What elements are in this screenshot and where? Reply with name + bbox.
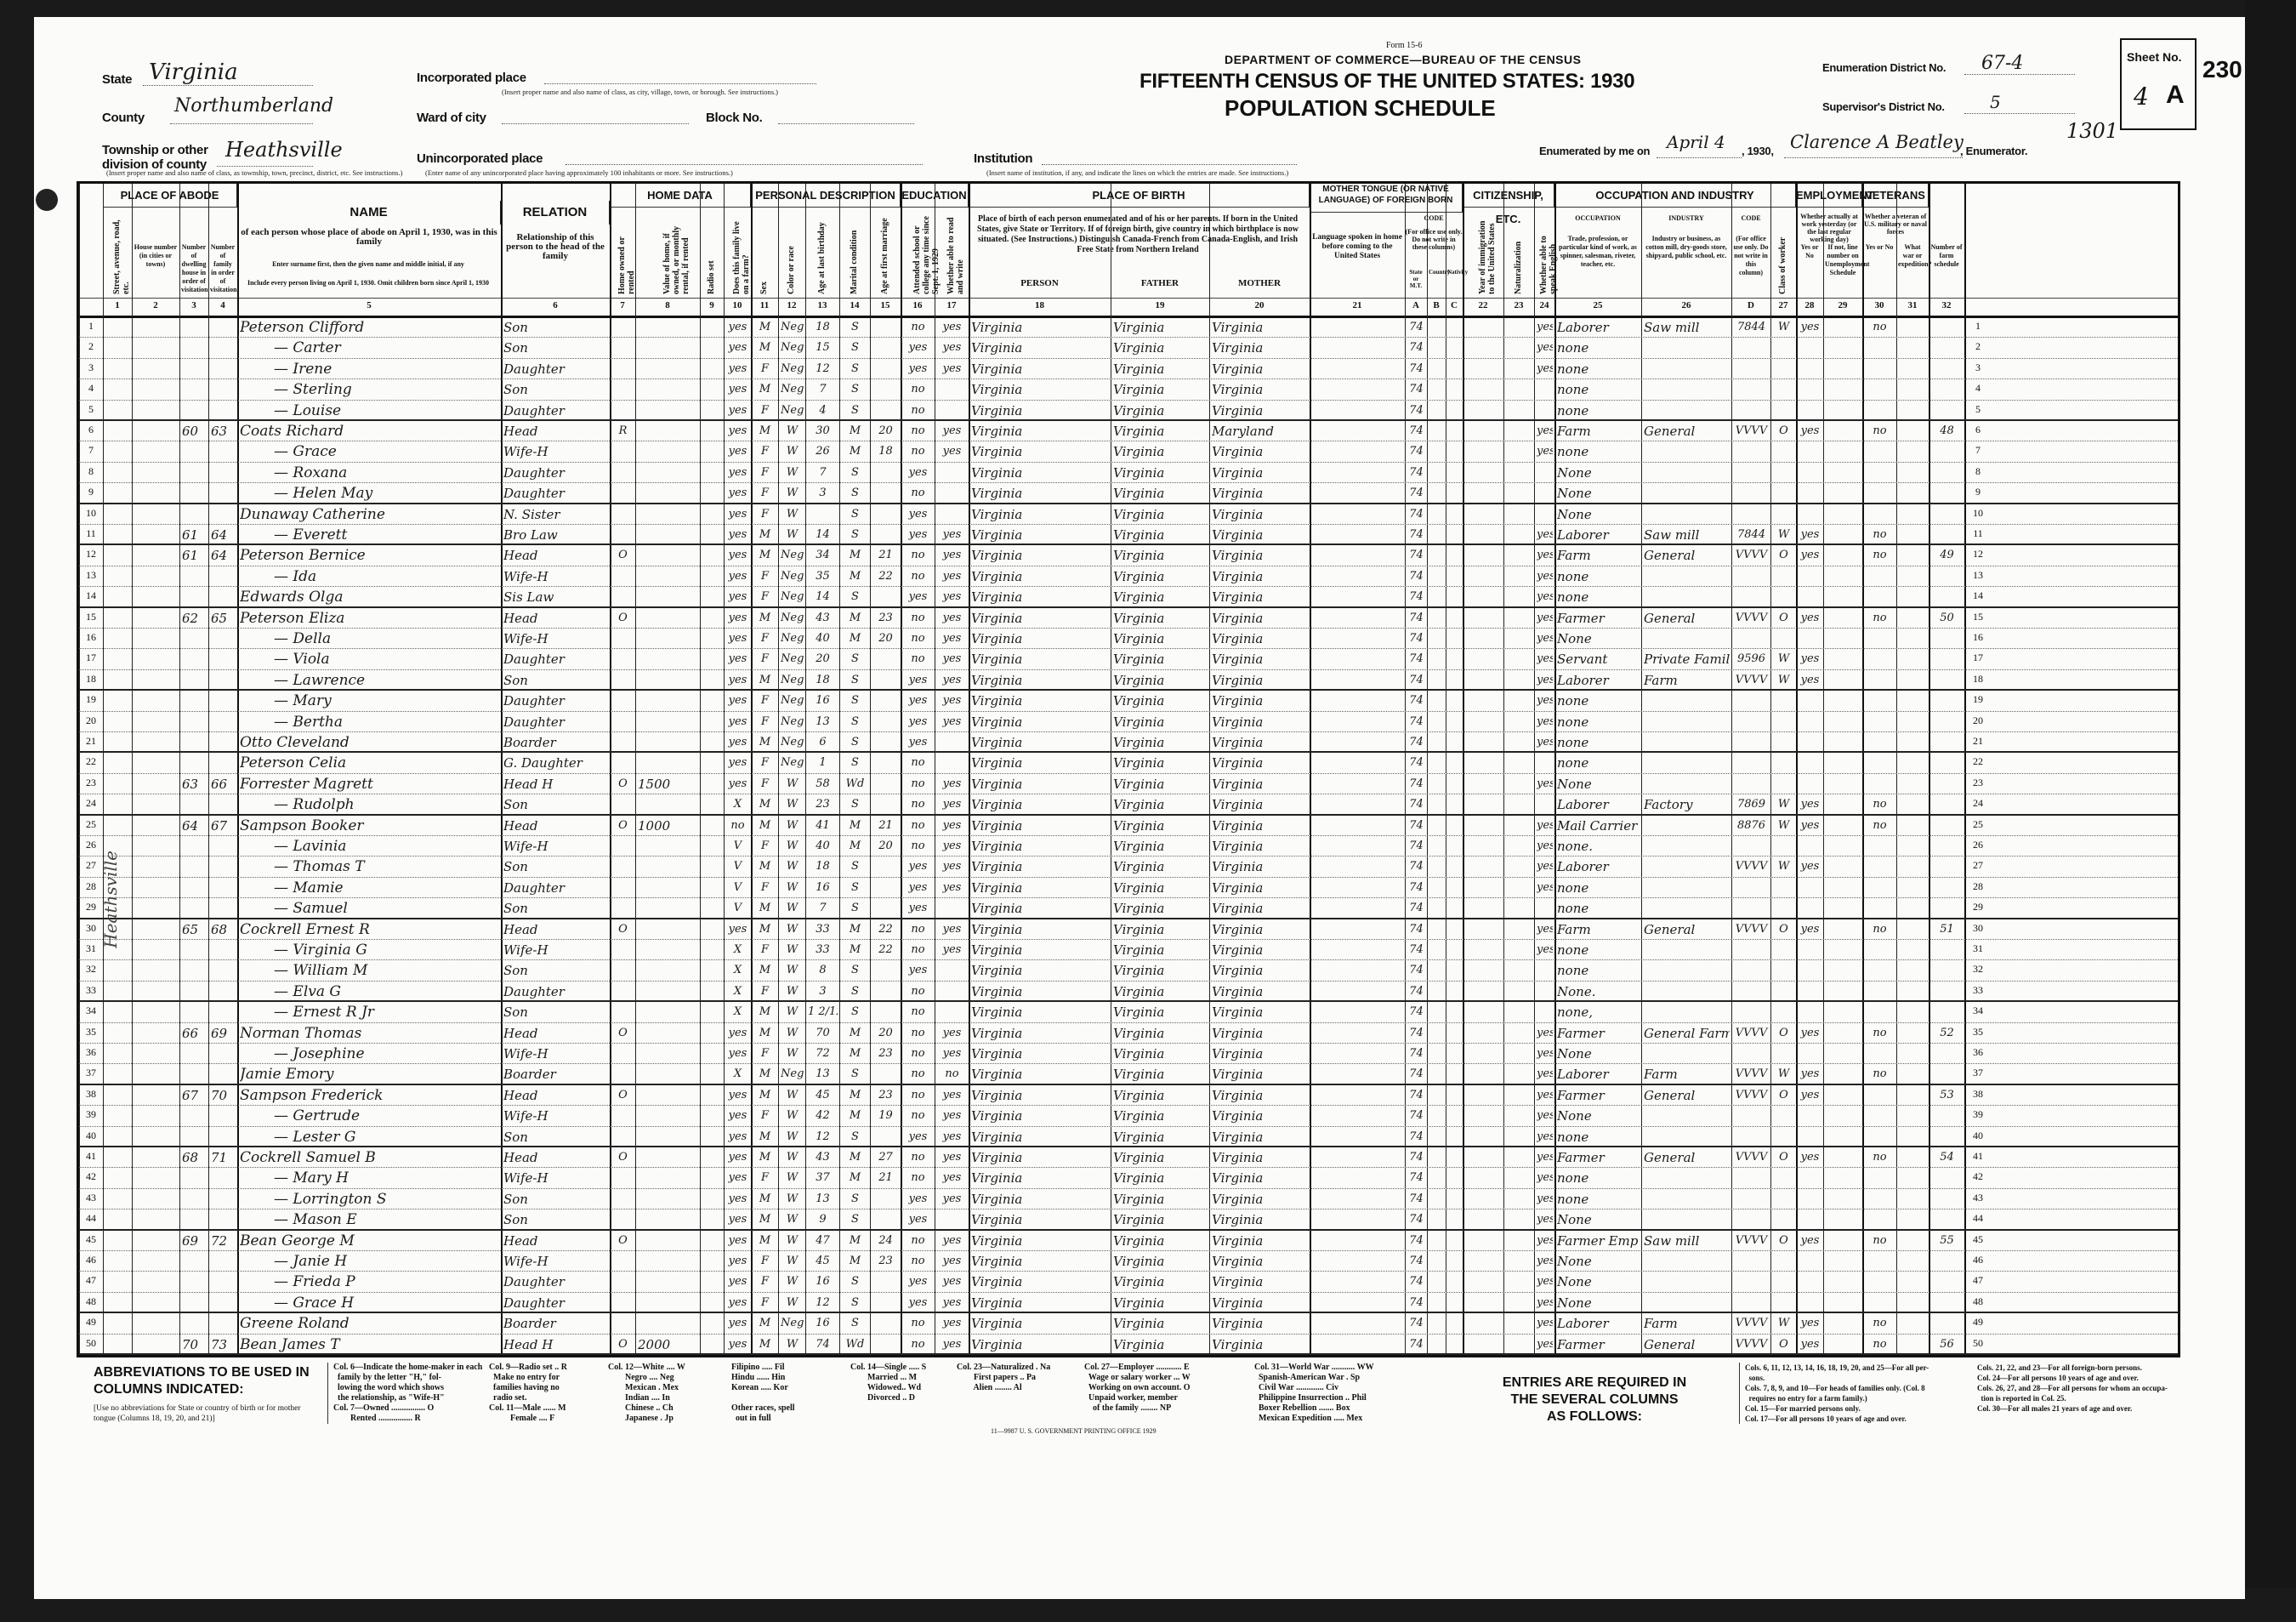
cell-relation: Son [503,318,608,337]
cell-b-person: Virginia [971,961,1109,980]
column-number: 27 [1770,300,1796,310]
form-number: Form 15-6 [1386,41,1423,50]
cell-occupation: none [1557,442,1640,461]
cell-occupation: None [1557,505,1640,524]
line-number: 38 [79,1088,103,1101]
cell-b-father: Virginia [1113,339,1208,357]
cell-owned: O [612,920,634,939]
cell-b-father: Virginia [1113,941,1208,959]
cell-age-marr: 20 [872,422,899,441]
census-title: FIFTEENTH CENSUS OF THE UNITED STATES: 1… [1139,70,1634,94]
cell-sex: M [753,961,776,980]
cell-b-father: Virginia [1113,817,1208,835]
cell-relation: Son [503,339,608,357]
line-number: 44 [79,1212,103,1225]
cell-read: yes [937,920,967,939]
cell-industry: Private Family [1644,650,1730,669]
cell-sex: M [753,1148,776,1167]
enumerated-label: Enumerated by me on [1539,145,1650,157]
table-row: 41416871Cockrell Samuel BHeadOyesMW43M27… [79,1147,2178,1168]
cell-b-father: Virginia [1113,795,1208,814]
cell-marital: M [842,629,868,648]
cell-b-mother: Virginia [1212,1003,1308,1022]
cell-name: — Grace H [240,1294,533,1312]
scan-border-left [0,0,34,1622]
cell-english: yes [1537,1107,1553,1125]
cell-english: yes [1537,1044,1553,1063]
cell-b-person: Virginia [971,1294,1109,1312]
cell-sex: F [753,754,776,772]
cell-code-a: 74 [1407,484,1425,503]
cell-name: Dunaway Catherine [240,505,499,524]
cell-b-father: Virginia [1113,775,1208,794]
cell-occupation: none [1557,941,1640,959]
cell-sex: F [753,588,776,606]
cell-code-a: 74 [1407,1294,1425,1312]
cell-read: yes [937,1190,967,1209]
cell-farm: yes [726,754,749,772]
cell-age: 3 [808,484,838,503]
cell-age-marr: 19 [872,1107,899,1125]
supervisor-district-value: 5 [1990,92,2001,112]
cell-b-person: Virginia [971,1003,1109,1022]
cell-read: yes [937,360,967,378]
cell-race: Neg [781,671,804,690]
cell-b-father: Virginia [1113,671,1208,690]
cell-work: yes [1799,526,1821,544]
cell-read: yes [937,671,967,690]
cell-farm: yes [726,733,749,752]
cell-name: — Thomas T [240,857,533,876]
cell-age-marr: 18 [872,442,899,461]
cell-marital: M [842,609,868,628]
state-line [143,85,313,86]
cell-code-d: VVVV [1734,1065,1769,1084]
line-number: 21 [79,735,103,748]
table-row: 1717— ViolaDaughteryesFNeg20SnoyesVirgin… [79,649,2178,669]
cell-code-d: VVVV [1734,857,1769,876]
cell-owned: R [612,422,634,441]
cell-marital: S [842,857,868,876]
cell-b-mother: Virginia [1212,1065,1308,1084]
cell-age: 40 [808,837,838,856]
printing-office-line: 11—9987 U. S. GOVERNMENT PRINTING OFFICE… [991,1427,1157,1435]
cell-industry: General [1644,546,1730,565]
cell-occupation: None [1557,775,1640,794]
line-number: 31 [79,942,103,955]
cell-b-father: Virginia [1113,1210,1208,1229]
cell-english: yes [1537,442,1553,461]
cell-school: yes [903,733,933,752]
cell-relation: Son [503,899,608,918]
cell-b-father: Virginia [1113,567,1208,586]
cell-farm: yes [726,1024,749,1043]
line-number-right: 22 [1964,755,1992,768]
cell-race: Neg [781,754,804,772]
cell-english: yes [1537,588,1553,606]
cell-b-mother: Virginia [1212,1148,1308,1167]
cell-b-person: Virginia [971,339,1109,357]
cell-code-a: 74 [1407,982,1425,1001]
line-number-right: 29 [1964,901,1992,913]
header-note-c5-note2: Include every person living on April 1, … [241,279,496,287]
abbrev-col12-other: Filipino ..... Fil Hindu ...... Hin Kore… [731,1363,795,1424]
table-row: 4747— Frieda PDaughteryesFW16SyesyesVirg… [79,1272,2178,1292]
cell-name: — Mason E [240,1210,533,1229]
column-header-c12: Color or race [787,216,796,294]
cell-name: — Sterling [240,380,533,399]
township-line [217,166,313,167]
cell-occupation: none [1557,380,1640,399]
cell-b-father: Virginia [1113,1294,1208,1312]
table-row: 25256467Sampson BookerHeadO1000noMW41M21… [79,816,2178,836]
cell-b-mother: Virginia [1212,401,1308,420]
cell-relation: Wife-H [503,1044,608,1063]
cell-code-a: 74 [1407,360,1425,378]
cell-race: Neg [781,1065,804,1084]
cell-class: W [1773,671,1794,690]
cell-sex: F [753,464,776,482]
cell-english: yes [1537,1294,1553,1312]
table-row: 3939— GertrudeWife-HyesFW42M19noyesVirgi… [79,1106,2178,1126]
cell-relation: Daughter [503,650,608,669]
line-number-right: 25 [1964,818,1992,831]
column-header-c9: Radio set [707,216,716,294]
cell-race: W [781,1107,804,1125]
table-row: 666063Coats RichardHeadRyesMW30M20noyesV… [79,421,2178,441]
line-number-right: 11 [1964,527,1992,540]
cell-sex: M [753,339,776,357]
cell-code-a: 74 [1407,1314,1425,1333]
table-row: 11116164— EverettBro LawyesMW14SyesyesVi… [79,525,2178,545]
cell-read: yes [937,567,967,586]
cell-marital: S [842,1294,868,1312]
cell-school: no [903,629,933,648]
line-number-right: 8 [1964,465,1992,478]
cell-name: Cockrell Samuel B [240,1148,499,1167]
cell-occupation: None. [1557,982,1640,1001]
column-header-c5: of each person whose place of abode on A… [239,228,499,247]
table-row: 4343— Lorrington SSonyesMW13SyesyesVirgi… [79,1189,2178,1209]
cell-code-a: 74 [1407,526,1425,544]
cell-marital: S [842,1210,868,1229]
line-number: 4 [79,382,103,395]
cell-b-mother: Virginia [1212,360,1308,378]
cell-age: 12 [808,1294,838,1312]
cell-age: 23 [808,795,838,814]
cell-b-mother: Virginia [1212,1232,1308,1250]
table-row: 3434— Ernest R JrSonXMW1 2/12SnoVirginia… [79,1002,2178,1022]
cell-dwelling: 64 [182,817,207,835]
cell-school: no [903,546,933,565]
cell-marital: S [842,879,868,897]
cell-name: Bean James T [240,1335,499,1354]
cell-marital: S [842,1003,868,1022]
cell-class: O [1773,1232,1794,1250]
cell-age-marr: 23 [872,1252,899,1271]
line-number: 48 [79,1295,103,1308]
cell-code-d: VVVV [1734,546,1769,565]
cell-age: 13 [808,1190,838,1209]
cell-school: yes [903,1272,933,1291]
cell-industry: General [1644,422,1730,441]
cell-age: 16 [808,1272,838,1291]
cell-english: yes [1537,1252,1553,1271]
cell-sex: F [753,713,776,731]
cell-b-person: Virginia [971,318,1109,337]
cell-age: 33 [808,920,838,939]
cell-code-a: 74 [1407,1128,1425,1147]
cell-age: 45 [808,1086,838,1105]
cell-family: 65 [211,609,236,628]
cell-b-person: Virginia [971,650,1109,669]
cell-marital: M [842,920,868,939]
cell-b-father: Virginia [1113,1252,1208,1271]
cell-english: yes [1537,629,1553,648]
state-label: State [102,72,132,87]
cell-race: Neg [781,546,804,565]
column-header-c18: PERSON [970,279,1109,288]
line-number-right: 50 [1964,1337,1992,1350]
cell-work: yes [1799,920,1821,939]
cell-english: yes [1537,1024,1553,1043]
cell-code-a: 74 [1407,795,1425,814]
cell-sex: M [753,1086,776,1105]
cell-age-marr: 21 [872,546,899,565]
cell-code-a: 74 [1407,567,1425,586]
cell-occupation: Laborer [1557,1065,1640,1084]
cell-code-a: 74 [1407,1065,1425,1084]
line-number: 47 [79,1274,103,1287]
cell-school: no [903,795,933,814]
enumeration-district-label: Enumeration District No. [1822,61,1946,74]
cell-sex: M [753,1314,776,1333]
cell-name: Edwards Olga [240,588,499,606]
header-note-cD-title: CODE [1731,214,1770,222]
line-number: 10 [79,507,103,520]
column-number: 32 [1929,300,1964,310]
enumeration-district-value: 67-4 [1981,53,2023,74]
cell-code-a: 74 [1407,1003,1425,1022]
cell-name: — Elva G [240,982,533,1001]
cell-work: yes [1799,650,1821,669]
cell-code-a: 74 [1407,1024,1425,1043]
header-note-code-note: (For office use only. Do not write in th… [1405,228,1463,251]
cell-family: 66 [211,775,236,794]
county-line [170,123,313,124]
cell-race: Neg [781,567,804,586]
cell-name: Jamie Emory [240,1065,499,1084]
cell-work: yes [1799,1148,1821,1167]
cell-dwelling: 70 [182,1335,207,1354]
cell-b-person: Virginia [971,609,1109,628]
cell-work: yes [1799,609,1821,628]
cell-english: yes [1537,1128,1553,1147]
line-number: 45 [79,1233,103,1246]
cell-code-a: 74 [1407,464,1425,482]
cell-owned: O [612,1148,634,1167]
cell-b-person: Virginia [971,1190,1109,1209]
cell-marital: M [842,1086,868,1105]
cell-farm: yes [726,650,749,669]
table-row: 50507073Bean James THead HO2000yesMW74Wd… [79,1335,2178,1355]
cell-b-father: Virginia [1113,526,1208,544]
cell-b-person: Virginia [971,1086,1109,1105]
cell-farm-sched: 50 [1931,609,1963,628]
cell-code-a: 74 [1407,588,1425,606]
table-row: 77— GraceWife-HyesFW26M18noyesVirginiaVi… [79,441,2178,462]
cell-sex: F [753,1272,776,1291]
cell-name: — Mary H [240,1169,533,1187]
column-header-c1: Street, avenue, road, etc. [112,216,131,294]
cell-name: — Bertha [240,713,533,731]
cell-age: 14 [808,526,838,544]
cell-relation: Wife-H [503,1169,608,1187]
cell-race: W [781,1086,804,1105]
column-number: 25 [1554,300,1641,310]
cell-relation: Head [503,920,608,939]
cell-name: Otto Cleveland [240,733,499,752]
column-number: B [1427,300,1446,310]
line-number-right: 35 [1964,1026,1992,1039]
column-number: 28 [1796,300,1823,310]
cell-relation: Wife-H [503,1107,608,1125]
cell-occupation: none [1557,588,1640,606]
column-header-c7: Home owned or rented [617,216,636,294]
cell-age-marr: 22 [872,941,899,959]
cell-age: 7 [808,464,838,482]
cell-b-person: Virginia [971,920,1109,939]
cell-age: 72 [808,1044,838,1063]
cell-veteran: no [1865,817,1895,835]
sheet-label: Sheet No. [2127,50,2182,64]
cell-age: 12 [808,360,838,378]
cell-occupation: None [1557,629,1640,648]
cell-school: yes [903,961,933,980]
cell-age: 18 [808,318,838,337]
cell-relation: Daughter [503,1272,608,1291]
cell-sex: M [753,318,776,337]
cell-farm: yes [726,1294,749,1312]
cell-farm: V [726,899,749,918]
cell-b-person: Virginia [971,691,1109,710]
cell-age: 20 [808,650,838,669]
supervisor-district-line [1964,113,2075,114]
cell-family: 67 [211,817,236,835]
cell-occupation: none. [1557,837,1640,856]
cell-race: W [781,795,804,814]
cell-age: 16 [808,1314,838,1333]
cell-age-marr: 23 [872,609,899,628]
enumerated-date: April 4 [1667,132,1725,152]
cell-school: no [903,1335,933,1354]
line-number-right: 32 [1964,963,1992,976]
line-number: 23 [79,777,103,789]
cell-read: yes [937,857,967,876]
cell-b-person: Virginia [971,546,1109,565]
cell-b-father: Virginia [1113,629,1208,648]
table-row: 2121Otto ClevelandBoarderyesMNeg6SyesVir… [79,732,2178,753]
cell-relation: Head [503,1024,608,1043]
cell-occupation: none, [1557,1003,1640,1022]
cell-marital: S [842,795,868,814]
cell-read: yes [937,1169,967,1187]
cell-age: 33 [808,941,838,959]
cell-class: O [1773,1024,1794,1043]
cell-b-person: Virginia [971,484,1109,503]
cell-code-a: 74 [1407,1086,1425,1105]
cell-relation: Son [503,1003,608,1022]
line-number-right: 37 [1964,1067,1992,1079]
cell-b-father: Virginia [1113,464,1208,482]
cell-code-a: 74 [1407,713,1425,731]
column-header-c13: Age at last birthday [817,216,827,294]
margin-annotation: Heathsville [100,851,121,948]
cell-marital: Wd [842,1335,868,1354]
line-number-right: 16 [1964,631,1992,644]
cell-farm: yes [726,526,749,544]
cell-b-person: Virginia [971,857,1109,876]
cell-occupation: none [1557,401,1640,420]
cell-race: W [781,1232,804,1250]
cell-b-mother: Virginia [1212,775,1308,794]
cell-farm: X [726,961,749,980]
cell-b-mother: Virginia [1212,1169,1308,1187]
cell-sex: M [753,546,776,565]
cell-b-mother: Virginia [1212,505,1308,524]
line-number: 11 [79,527,103,540]
line-number-right: 28 [1964,880,1992,893]
institution-label: Institution [974,151,1032,166]
cell-race: W [781,1169,804,1187]
cell-name: — Carter [240,339,533,357]
line-number-right: 21 [1964,735,1992,748]
line-number: 40 [79,1130,103,1142]
cell-code-a: 74 [1407,961,1425,980]
cell-code-a: 74 [1407,401,1425,420]
cell-marital: M [842,442,868,461]
block-line [778,123,914,124]
line-number: 13 [79,569,103,582]
cell-family: 73 [211,1335,236,1354]
cell-sex: M [753,526,776,544]
cell-code-a: 74 [1407,1169,1425,1187]
cell-name: — Rudolph [240,795,533,814]
header-note-c5-note1: Enter surname first, then the given name… [241,260,496,268]
cell-race: W [781,1190,804,1209]
cell-school: no [903,442,933,461]
cell-age-marr: 21 [872,817,899,835]
table-row: 55— LouiseDaughteryesFNeg4SnoVirginiaVir… [79,401,2178,421]
cell-age-marr: 22 [872,567,899,586]
cell-read: yes [937,713,967,731]
cell-relation: Daughter [503,691,608,710]
table-row: 88— RoxanaDaughteryesFW7SyesVirginiaVirg… [79,463,2178,483]
cell-relation: Head [503,817,608,835]
cell-race: W [781,1044,804,1063]
column-group-header: HOME DATA [610,184,751,208]
cell-code-a: 74 [1407,817,1425,835]
line-number: 37 [79,1067,103,1079]
cell-age: 70 [808,1024,838,1043]
cell-occupation: none [1557,691,1640,710]
cell-marital: M [842,422,868,441]
cell-b-father: Virginia [1113,1335,1208,1354]
column-header-c14: Marital condition [850,216,859,294]
cell-read: yes [937,795,967,814]
cell-b-father: Virginia [1113,733,1208,752]
cell-occupation: none [1557,879,1640,897]
